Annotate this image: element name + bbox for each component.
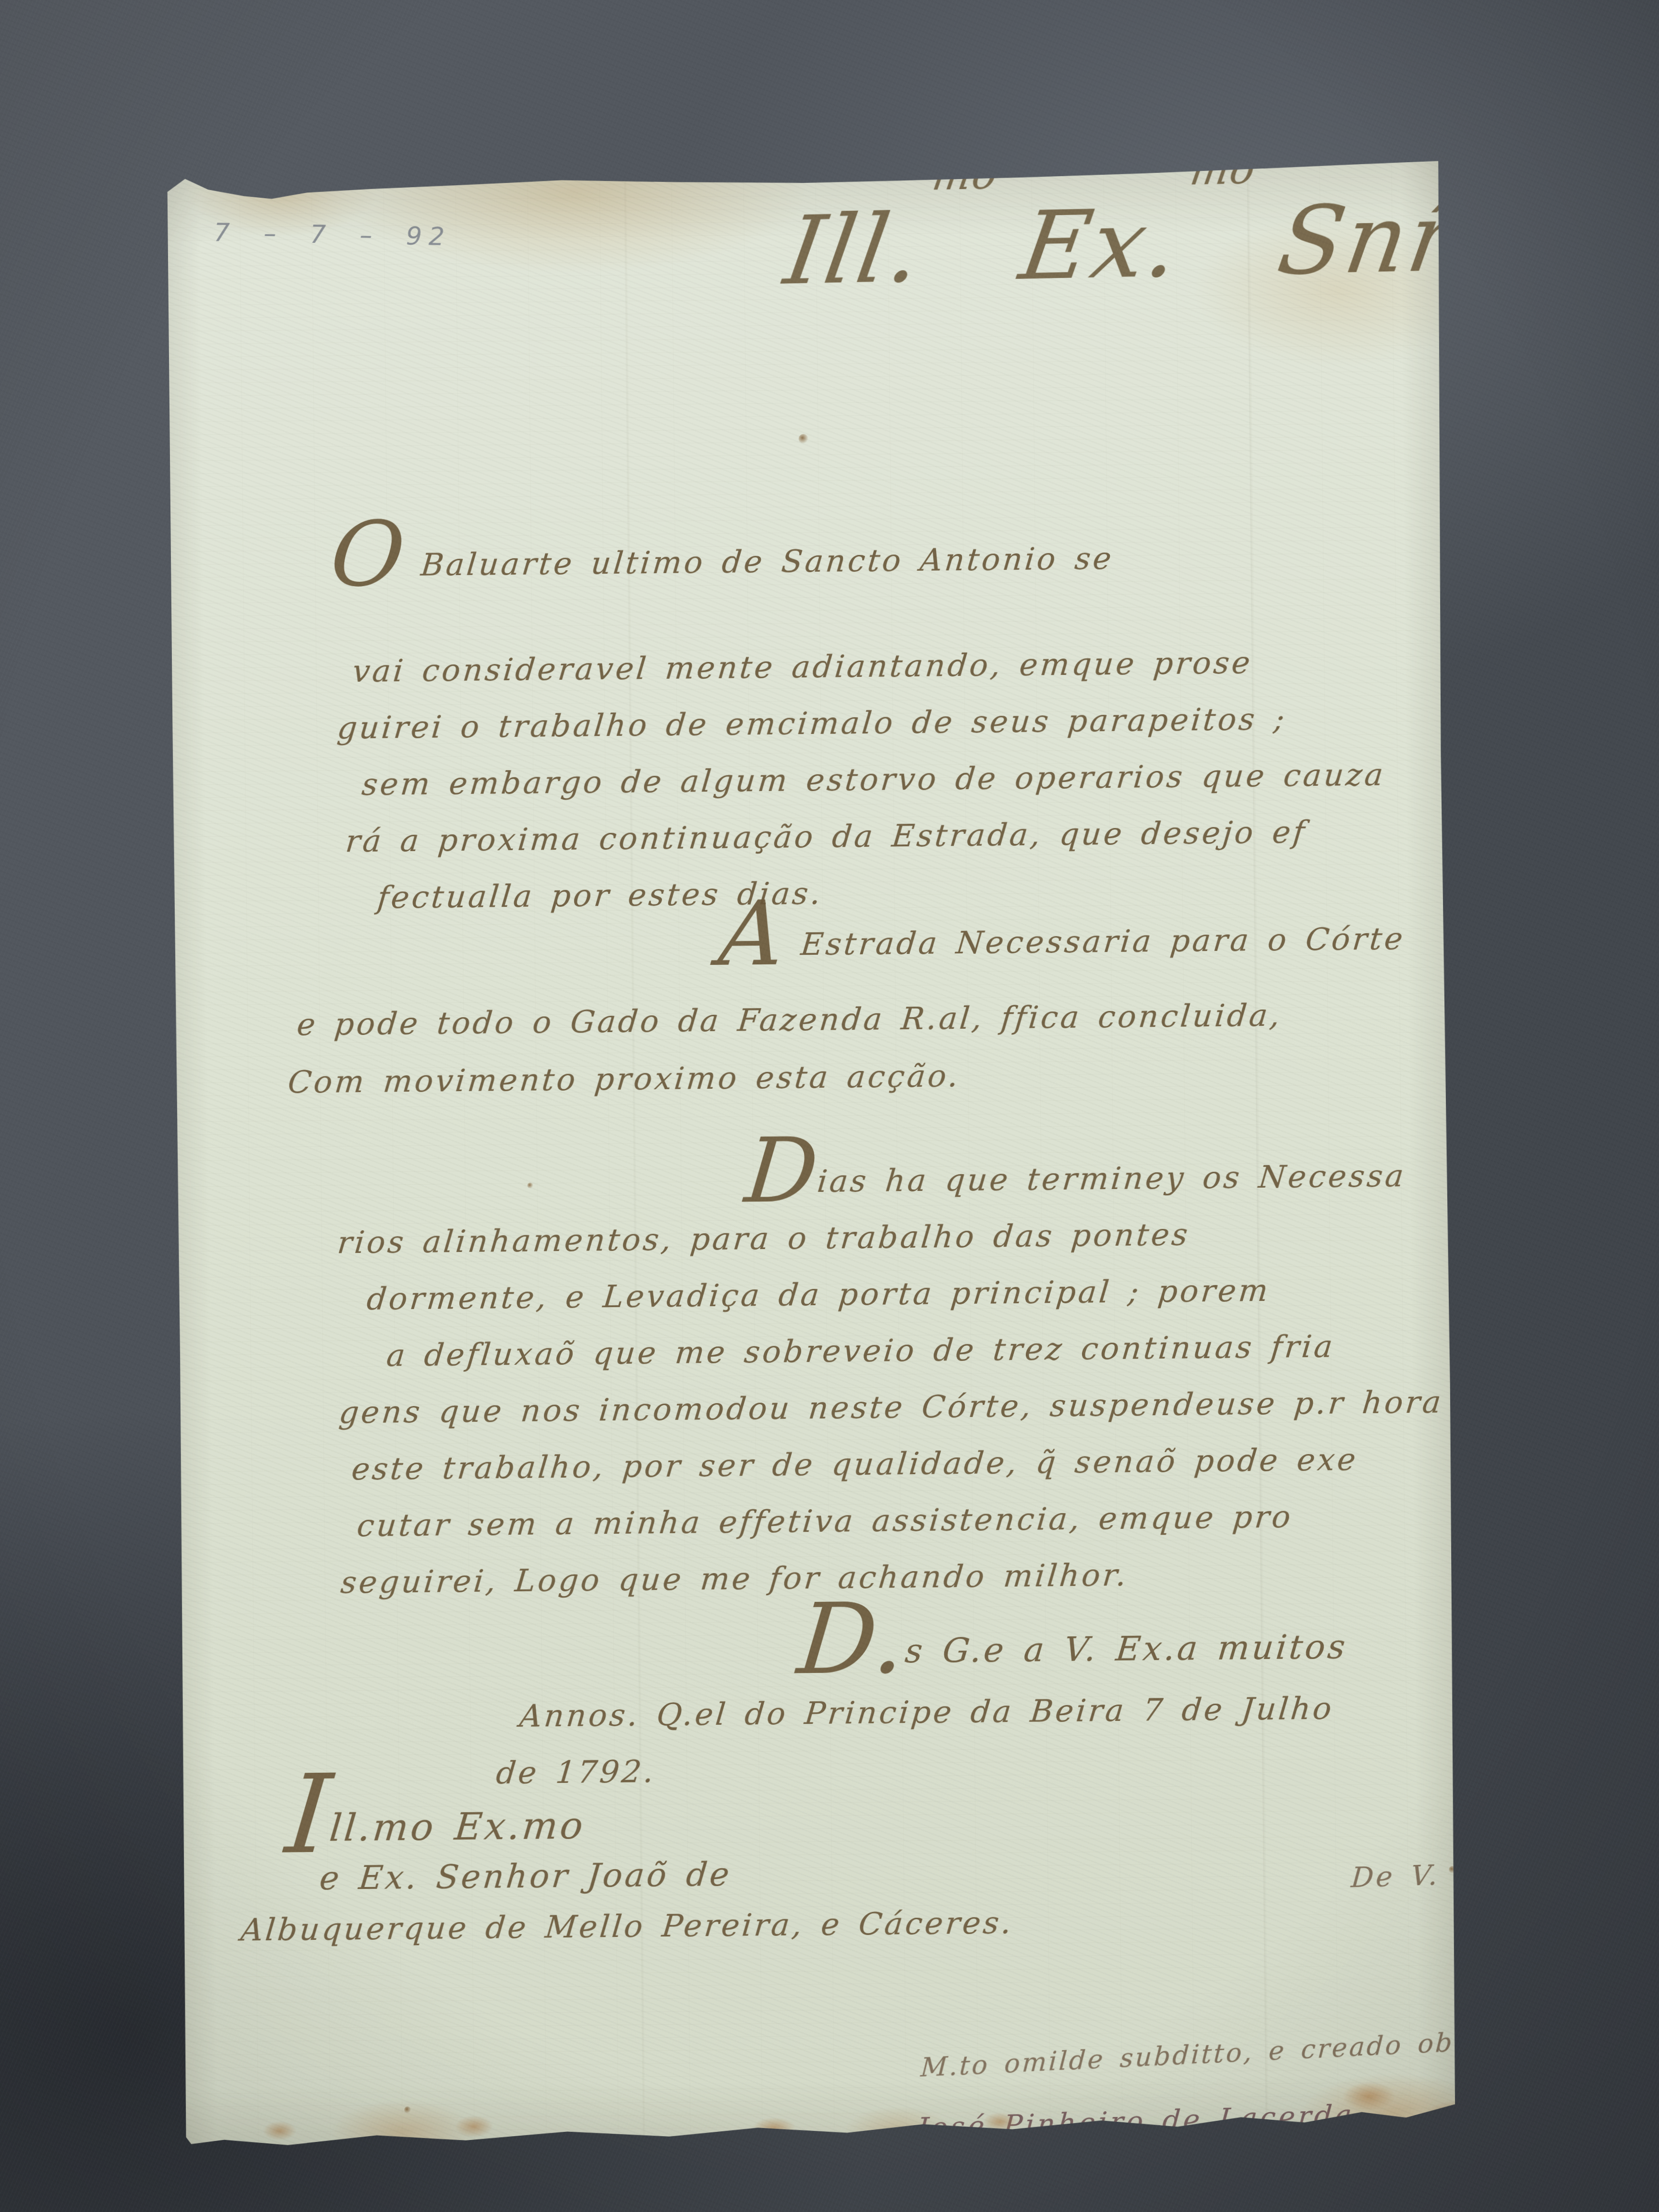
paragraph3-line1: Dias ha que terminey os Necessa (744, 1161, 1407, 1198)
photograph-backdrop: 7 – 7 – 92 Ill.mo Ex.mo Snr̂. O Baluarte… (0, 0, 1659, 2212)
courtesy-line: De V. Ex.a (1350, 1858, 1528, 1891)
paragraph2-line1: A Estrada Necessaria para o Córte (717, 924, 1407, 961)
paragraph1-line3: guirei o trabalho de emcimalo de seus pa… (336, 704, 1288, 744)
closing-dateline: Annos. Q.el do Principe da Beira 7 de Ju… (518, 1694, 1335, 1732)
paragraph1-line4: sem embargo de algum estorvo de operario… (361, 759, 1387, 800)
paragraph3-line5: gens que nos incomodou neste Córte, susp… (337, 1387, 1444, 1428)
paragraph3-line2: rios alinhamentos, para o trabalho das p… (336, 1219, 1191, 1258)
rust-stain (263, 2121, 296, 2140)
addressee-line1: Ill.mo Ex.mo (284, 1807, 587, 1848)
pencil-archival-date: 7 – 7 – 92 (214, 218, 451, 252)
addressee-line3: Albuquerque de Mello Pereira, e Cáceres. (240, 1908, 1015, 1946)
paragraph2-line2: e pode todo o Gado da Fazenda R.al, ffic… (296, 1000, 1284, 1041)
foxing-spot (799, 434, 808, 444)
salutation-illmo: Ill.mo (779, 201, 994, 299)
salutation-exmo: Ex.mo (1014, 195, 1251, 294)
closing-year: de 1792. (495, 1756, 658, 1789)
paragraph3-line6: este trabalho, por ser de qualidade, q̃ … (350, 1444, 1359, 1485)
paragraph3-line7: cutar sem a minha effetiva assistencia, … (356, 1502, 1294, 1541)
valediction-line: M.to omilde subditto, e creado obrig.mo (920, 2025, 1552, 2081)
foxing-spot (404, 2106, 411, 2113)
addressee-line2: e Ex. Senhor Joaõ de (318, 1859, 733, 1895)
rust-stain (455, 2115, 493, 2138)
paragraph1-line1: O Baluarte ultimo de Sancto Antonio se (329, 543, 1115, 582)
closing-line1: D.s G.e a V. Ex.a muitos (796, 1630, 1349, 1669)
foxing-spot (528, 1183, 533, 1189)
paragraph1-line2: vai consideravel mente adiantando, emque… (351, 648, 1254, 687)
rust-stain (752, 2117, 795, 2139)
salutation-calligraphy: Ill.mo Ex.mo Snr̂. (779, 191, 1495, 299)
paragraph3-line4: a defluxaõ que me sobreveio de trez cont… (385, 1332, 1336, 1371)
manuscript-page: 7 – 7 – 92 Ill.mo Ex.mo Snr̂. O Baluarte… (167, 161, 1457, 2146)
paragraph3-line8: seguirei, Logo que me for achando milhor… (339, 1560, 1130, 1599)
paragraph3-line3: dormente, e Levadiça da porta principal … (365, 1275, 1272, 1315)
salutation-snr: Snr̂. (1273, 191, 1495, 289)
signature: José Pinheiro de Lacerda (916, 2101, 1356, 2142)
paragraph2-line3: Com movimento proximo esta acção. (287, 1061, 962, 1098)
paragraph1-line5: rá a proxima continuação da Estrada, que… (344, 817, 1308, 857)
rust-stain (1424, 2100, 1492, 2132)
